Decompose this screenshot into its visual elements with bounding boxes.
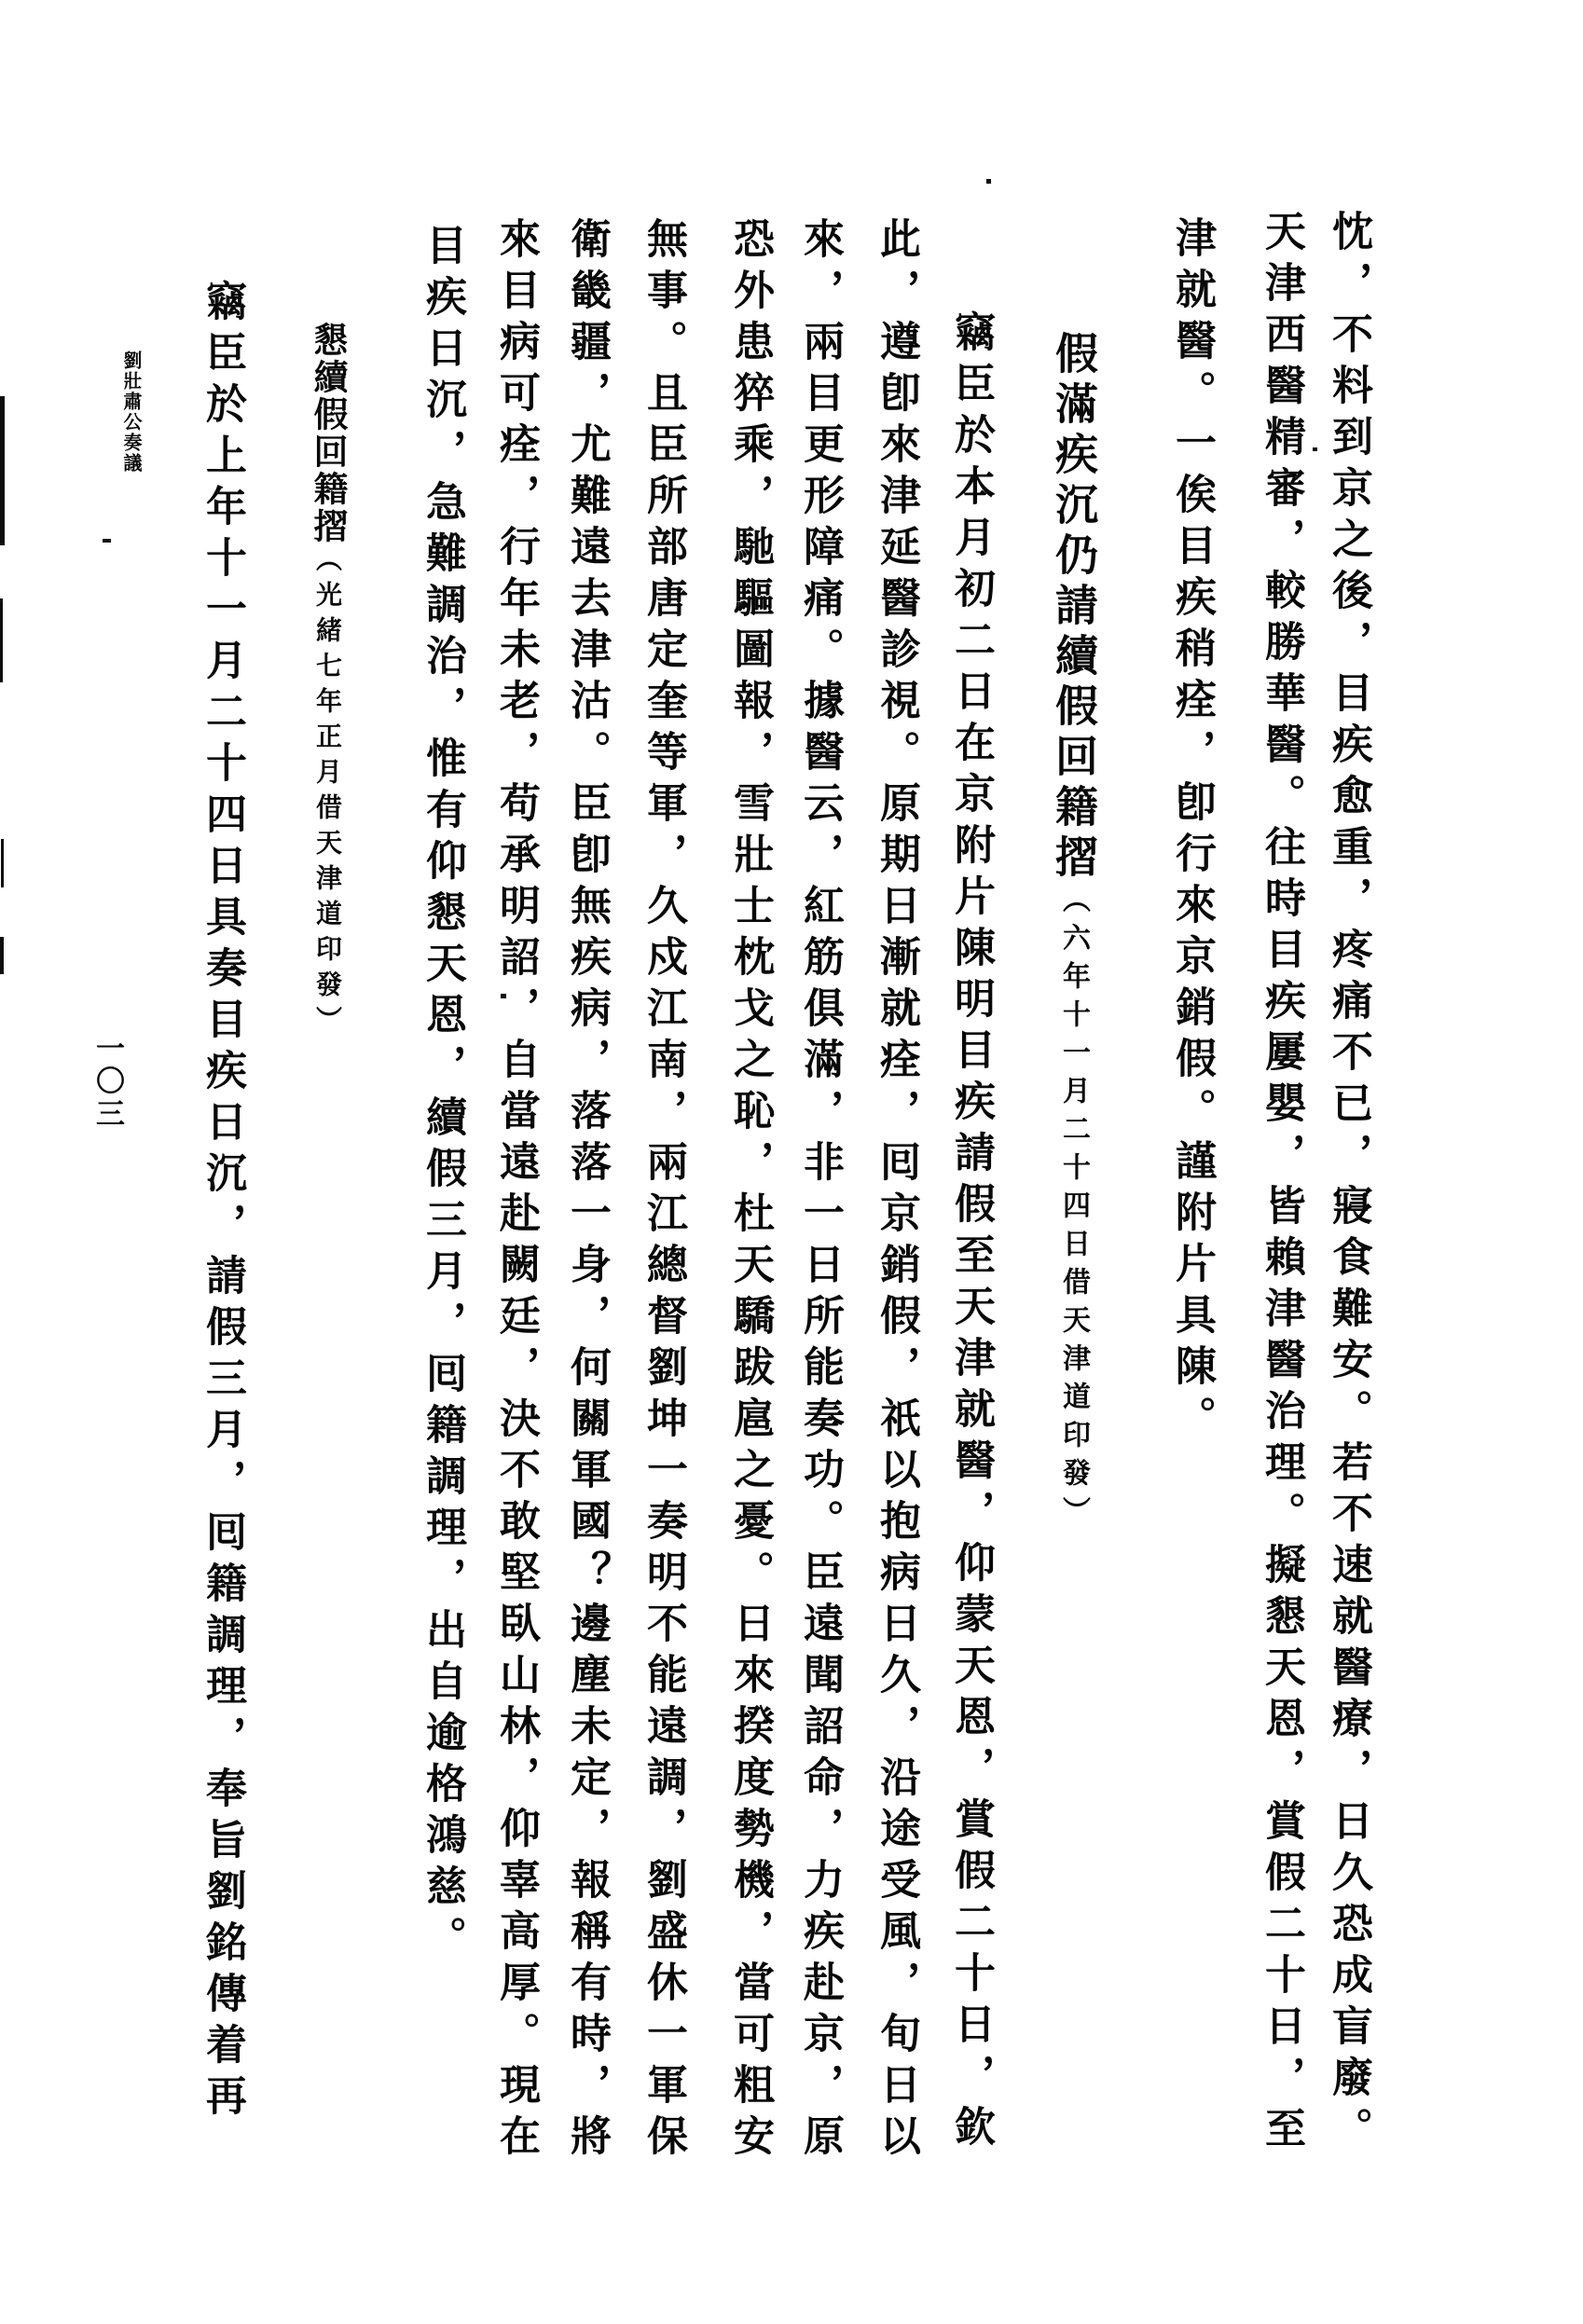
memorial2-date-note: （光緒七年正月借天津道印發） (312, 545, 341, 1041)
memorial1-title: 假滿疾沉仍請續假回籍摺 (1050, 331, 1097, 885)
memorial1-column-4: 恐外患猝乘，馳驅圖報，雪壯士枕戈之恥，杜天驕跋扈之憂。日來揆度勢機，當可粗安 (729, 217, 770, 2166)
text-column-prev-3: 津就醫。一俟目疾稍痊，卽行來京銷假。謹附片具陳。 (1171, 216, 1212, 1447)
memorial1-title-column: 假滿疾沉仍請續假回籍摺（六年十一月二十四日借天津道印發） (1052, 331, 1094, 1534)
text-column-prev-2: 天津西醫精審，較勝華醫。往時目疾屢嬰，皆賴津醫治理。擬懇天恩，賞假二十日，至 (1260, 210, 1301, 2158)
memorial2-title-column: 懇續假回籍摺（光緒七年正月借天津道印發） (310, 322, 344, 1041)
memorial2-title: 懇續假回籍摺 (308, 322, 346, 545)
scan-artifact (1, 839, 4, 887)
page-number: 一〇三 (93, 1033, 122, 1131)
text-column-prev-1: 忱，不料到京之後，目疾愈重，疼痛不已，寢食難安。若不速就醫療，日久恐成盲廢。 (1328, 210, 1369, 2158)
scan-artifact (986, 179, 991, 184)
memorial1-column-2: 此，遵卽來津延醫診視。原期日漸就痊，囘京銷假，祇以抱病日久，沿途受風，旬日以 (875, 217, 916, 2166)
memorial1-column-7: 來目病可痊，行年未老，苟承明詔，自當遠赴闕廷，決不敢堅臥山林，仰辜高厚。現在 (495, 217, 536, 2166)
memorial1-column-1: 竊臣於本月初二日在京附片陳明目疾請假至天津就醫，仰蒙天恩，賞假二十日，欽 (950, 310, 991, 2156)
memorial1-date-note: （六年十一月二十四日借天津道印發） (1058, 885, 1089, 1534)
memorial2-column-1: 竊臣於上年十一月二十四日具奏目疾日沉，請假三月，囘籍調理，奉旨劉銘傳着再 (201, 280, 242, 2125)
scan-artifact (1313, 447, 1317, 451)
scan-artifact (103, 539, 111, 543)
memorial1-column-5: 無事。且臣所部唐定奎等軍，久戍江南，兩江總督劉坤一奏明不能遠調，劉盛休一軍保 (642, 217, 683, 2166)
memorial1-column-6: 衛畿疆，尤難遠去津沽。臣卽無疾病，落落一身，何關軍國？邊塵未定，報稱有時，將 (566, 217, 607, 2166)
scan-artifact (0, 937, 4, 974)
scan-artifact (0, 396, 5, 545)
memorial1-column-3: 來，兩目更形障痛。據醫云，紅筋俱滿，非一日所能奏功。臣遠聞詔命，力疾赴京，原 (799, 217, 840, 2166)
scanned-book-page: 忱，不料到京之後，目疾愈重，疼痛不已，寢食難安。若不速就醫療，日久恐成盲廢。 天… (0, 0, 1583, 2324)
memorial1-column-8: 目疾日沉，急難調治，惟有仰懇天恩，續假三月，囘籍調理，出自逾格鴻慈。 (421, 224, 462, 1967)
book-spine-title: 劉壯肅公奏議 (121, 351, 140, 474)
scan-artifact (501, 994, 506, 998)
scan-artifact (0, 598, 3, 682)
